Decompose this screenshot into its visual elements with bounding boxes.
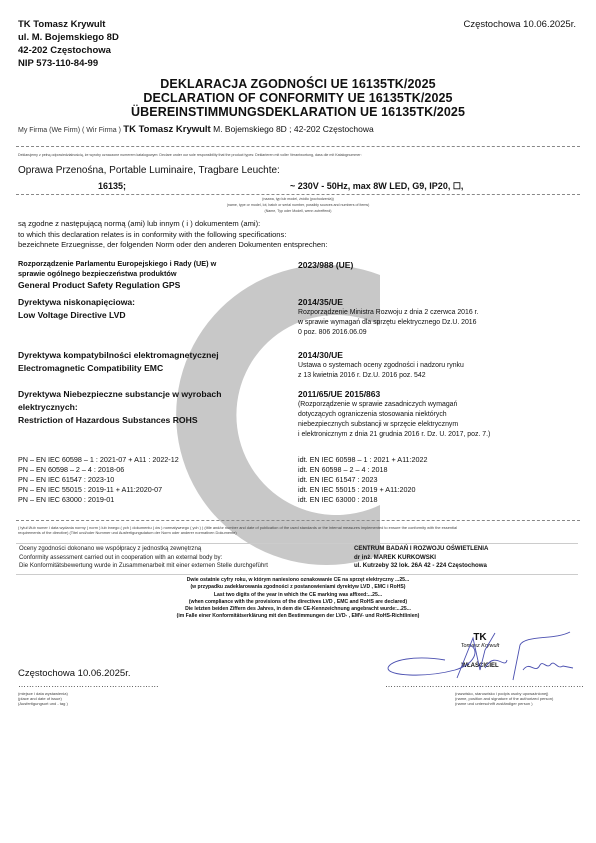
- date-captions: (miejsce i data wystawienia) (place and …: [18, 691, 68, 706]
- reg-title-en: Electromagnetic Compatibility EMC: [18, 362, 288, 375]
- caption-de: (Name, Typ oder Modell, wenn zutreffend): [0, 208, 596, 214]
- regulation-rohs-code: 2011/65/UE 2015/863 (Rozporządzenie w sp…: [298, 388, 588, 440]
- reg-desc: w sprawie wymagań dla sprzętu elektryczn…: [298, 318, 588, 328]
- reg-desc: i elektronicznym z dnia 21 grudnia 2016 …: [298, 430, 588, 440]
- standard-idt: idt. EN IEC 60598 – 1 : 2021 + A11:2022: [298, 455, 428, 465]
- reg-title-line: Rozporządzenie Parlamentu Europejskiego …: [18, 259, 288, 269]
- ce-line: Dwie ostatnie cyfry roku, w którym nanie…: [0, 577, 596, 584]
- reg-title-line: Dyrektywa kompatybilności elektromagnety…: [18, 349, 288, 362]
- reg-desc: Ustawa o systemach oceny zgodności i nad…: [298, 361, 588, 371]
- reg-title-line: sprawie ogólnego bezpieczeństwa produktó…: [18, 269, 288, 279]
- standard-pn: PN – EN 60598 – 2 – 4 : 2018-06: [18, 465, 179, 475]
- regulation-lvd: Dyrektywa niskonapięciowa: Low Voltage D…: [18, 296, 288, 322]
- standard-pn: PN – EN IEC 63000 : 2019-01: [18, 495, 179, 505]
- ce-marking-statement: Dwie ostatnie cyfry roku, w którym nanie…: [0, 577, 596, 621]
- reg-code: 2014/30/UE: [298, 349, 588, 361]
- assessment-en: Conformity assessment carried out in coo…: [19, 554, 268, 563]
- footnote-line: requirements of the directive) (Titel un…: [18, 530, 578, 535]
- ce-line: Last two digits of the year in which the…: [0, 592, 596, 599]
- assessment-de: Die Konformitätsbewertung wurde in Zusam…: [19, 562, 268, 571]
- regulation-lvd-code: 2014/35/UE Rozporządzenie Ministra Rozwo…: [298, 296, 588, 338]
- specs-text: ~ 230V - 50Hz, max 8W LED, G9, IP20,: [290, 181, 450, 191]
- reg-title-line: elektrycznych:: [18, 401, 288, 414]
- reg-desc: z 13 kwietnia 2016 r. Dz.U. 2016 poz. 54…: [298, 371, 588, 381]
- signature-captions: (nazwisko, stanowisko i podpis osoby upo…: [455, 691, 553, 706]
- title-de: ÜBEREINSTIMMUNGSDEKLARATION UE 16135TK/2…: [0, 105, 596, 119]
- standards-idt-list: idt. EN IEC 60598 – 1 : 2021 + A11:2022 …: [298, 455, 428, 505]
- ce-line: (im Falle einer Konformitätserklärung mi…: [0, 613, 596, 620]
- document-title: DEKLARACJA ZGODNOŚCI UE 16135TK/2025 DEC…: [0, 77, 596, 119]
- regulation-rohs: Dyrektywa Niebezpieczne substancje w wyr…: [18, 388, 288, 427]
- conformity-en: to which this declaration relates is in …: [18, 230, 327, 241]
- conformity-pl: są zgodne z następującą normą (ami) lub …: [18, 219, 327, 230]
- reg-title-en: Restriction of Hazardous Substances ROHS: [18, 414, 288, 427]
- title-pl: DEKLARACJA ZGODNOŚCI UE 16135TK/2025: [0, 77, 596, 91]
- reg-desc: dotyczących ograniczenia stosowania niek…: [298, 410, 588, 420]
- product-name: Oprawa Przenośna, Portable Luminaire, Tr…: [18, 165, 280, 176]
- standard-idt: idt. EN IEC 61547 : 2023: [298, 475, 428, 485]
- divider: [16, 520, 580, 521]
- assessment-statement: Oceny zgodności dokonano we współpracy z…: [19, 545, 268, 571]
- declaration-line: Deklarujemy z pełną odpowiedzialnością, …: [18, 153, 362, 157]
- assessment-body: CENTRUM BADAŃ I ROZWOJU OŚWIETLENIA dr i…: [354, 545, 488, 571]
- firm-address: M. Bojemskiego 8D ; 42-202 Częstochowa: [213, 124, 374, 134]
- reg-title-line: Dyrektywa niskonapięciowa:: [18, 296, 288, 309]
- caption-de: (Ausfertigungsort und - tag ): [18, 701, 68, 706]
- caption-de: (name und unterschrift zuständiger perso…: [455, 701, 553, 706]
- ce-line: Die letzten beiden Ziffern des Jahres, i…: [0, 606, 596, 613]
- standard-idt: idt. EN 60598 – 2 – 4 : 2018: [298, 465, 428, 475]
- reg-code: 2023/988 (UE): [298, 259, 588, 271]
- firm-line: My Firma (We Firm) ( Wir Firma ) TK Toma…: [18, 124, 374, 135]
- standard-idt: idt. EN IEC 63000 : 2018: [298, 495, 428, 505]
- date-dotted-line: ……………………………………………: [18, 680, 159, 689]
- reg-desc: (Rozporządzenie w sprawie zasadniczych w…: [298, 400, 588, 410]
- reg-title-en: Low Voltage Directive LVD: [18, 309, 288, 322]
- reg-code: 2014/35/UE: [298, 296, 588, 308]
- regulation-emc: Dyrektywa kompatybilności elektromagnety…: [18, 349, 288, 375]
- reg-code: 2011/65/UE 2015/863: [298, 388, 588, 400]
- divider: [16, 146, 580, 147]
- conformity-de: bezeichnete Erzuegnisse, der folgenden N…: [18, 240, 327, 251]
- product-model: 16135;: [98, 181, 126, 191]
- firm-label: My Firma (We Firm) ( Wir Firma ): [18, 127, 121, 134]
- standard-pn: PN – EN IEC 55015 : 2019-11 + A11:2020-0…: [18, 485, 179, 495]
- standard-pn: PN – EN IEC 60598 – 1 : 2021-07 + A11 : …: [18, 455, 179, 465]
- divider: [16, 194, 580, 195]
- signature-dotted-line: ………………………………………………………………: [385, 680, 584, 689]
- reg-desc: Rozporządzenie Ministra Rozwoju z dnia 2…: [298, 308, 588, 318]
- title-en: DECLARATION OF CONFORMITY UE 16135TK/202…: [0, 91, 596, 105]
- issuer-nip: NIP 573-110-84-99: [18, 57, 119, 70]
- body-name: CENTRUM BADAŃ I ROZWOJU OŚWIETLENIA: [354, 545, 488, 554]
- ce-line: (w przypadku zadeklarowania zgodności z …: [0, 584, 596, 591]
- signature-place-date: Częstochowa 10.06.2025r.: [18, 668, 131, 679]
- issuer-name: TK Tomasz Krywult: [18, 18, 119, 31]
- issuer-address: TK Tomasz Krywult ul. M. Bojemskiego 8D …: [18, 18, 119, 70]
- place-date-top: Częstochowa 10.06.2025r.: [464, 19, 577, 30]
- reg-title-en: General Product Safety Regulation GPS: [18, 279, 288, 292]
- standards-pn-list: PN – EN IEC 60598 – 1 : 2021-07 + A11 : …: [18, 455, 179, 505]
- issuer-city: 42-202 Częstochowa: [18, 44, 119, 57]
- ce-line: (when compliance with the provisions of …: [0, 599, 596, 606]
- regulation-gpsr-code: 2023/988 (UE): [298, 259, 588, 271]
- regulation-emc-code: 2014/30/UE Ustawa o systemach oceny zgod…: [298, 349, 588, 381]
- reg-desc: 0 poz. 806 2016.06.09: [298, 328, 588, 338]
- standard-pn: PN – EN IEC 61547 : 2023-10: [18, 475, 179, 485]
- assessment-pl: Oceny zgodności dokonano we współpracy z…: [19, 545, 268, 554]
- product-captions: (nazwa, typ lub model, źródło (pochodzen…: [0, 196, 596, 214]
- class-ii-symbol-icon: ☐,: [453, 181, 464, 191]
- reg-title-line: Dyrektywa Niebezpieczne substancje w wyr…: [18, 388, 288, 401]
- standards-footnote: ( tytuł i/lub numer i data wydania normy…: [18, 525, 578, 535]
- firm-name: TK Tomasz Krywult: [123, 124, 210, 135]
- regulation-gpsr: Rozporządzenie Parlamentu Europejskiego …: [18, 259, 288, 292]
- standard-idt: idt. EN IEC 55015 : 2019 + A11:2020: [298, 485, 428, 495]
- issuer-street: ul. M. Bojemskiego 8D: [18, 31, 119, 44]
- body-person: dr inż. MAREK KURKOWSKI: [354, 554, 488, 563]
- reg-desc: niebezpiecznych substancji w sprzęcie el…: [298, 420, 588, 430]
- body-address: ul. Kutrzeby 32 lok. 26A 42 - 224 Często…: [354, 562, 488, 571]
- handwritten-signature-icon: [385, 630, 575, 686]
- conformity-intro: są zgodne z następującą normą (ami) lub …: [18, 219, 327, 251]
- product-specs: ~ 230V - 50Hz, max 8W LED, G9, IP20, ☐,: [290, 181, 463, 192]
